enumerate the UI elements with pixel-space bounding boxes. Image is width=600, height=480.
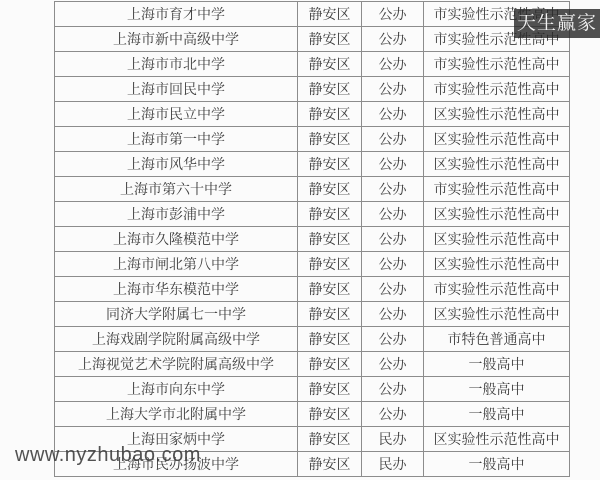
table-cell-school_name: 上海戏剧学院附属高级中学 [55, 327, 298, 352]
table-cell-school_name: 上海市新中高级中学 [55, 27, 298, 52]
page: 上海市育才中学静安区公办市实验性示范性高中上海市新中高级中学静安区公办市实验性示… [0, 0, 600, 480]
table-cell-district: 静安区 [298, 327, 362, 352]
table-cell-school_name: 上海市回民中学 [55, 77, 298, 102]
table-cell-district: 静安区 [298, 152, 362, 177]
table-cell-category: 区实验性示范性高中 [424, 227, 570, 252]
table-row: 同济大学附属七一中学静安区公办区实验性示范性高中 [55, 302, 570, 327]
school-table-body: 上海市育才中学静安区公办市实验性示范性高中上海市新中高级中学静安区公办市实验性示… [55, 2, 570, 477]
table-row: 上海市市北中学静安区公办市实验性示范性高中 [55, 52, 570, 77]
table-cell-school_name: 上海市华东模范中学 [55, 277, 298, 302]
table-cell-ownership: 公办 [362, 227, 424, 252]
table-cell-district: 静安区 [298, 102, 362, 127]
table-row: 上海市闸北第八中学静安区公办区实验性示范性高中 [55, 252, 570, 277]
table-cell-ownership: 公办 [362, 202, 424, 227]
table-cell-category: 市实验性示范性高中 [424, 52, 570, 77]
table-cell-district: 静安区 [298, 52, 362, 77]
table-cell-category: 区实验性示范性高中 [424, 102, 570, 127]
table-cell-ownership: 公办 [362, 102, 424, 127]
table-row: 上海市育才中学静安区公办市实验性示范性高中 [55, 2, 570, 27]
table-cell-category: 区实验性示范性高中 [424, 252, 570, 277]
table-cell-ownership: 公办 [362, 277, 424, 302]
table-cell-category: 市实验性示范性高中 [424, 277, 570, 302]
table-cell-district: 静安区 [298, 352, 362, 377]
table-cell-ownership: 民办 [362, 427, 424, 452]
table-cell-school_name: 上海市风华中学 [55, 152, 298, 177]
table-cell-ownership: 公办 [362, 52, 424, 77]
table-row: 上海戏剧学院附属高级中学静安区公办市特色普通高中 [55, 327, 570, 352]
table-cell-district: 静安区 [298, 2, 362, 27]
table-cell-category: 区实验性示范性高中 [424, 127, 570, 152]
table-row: 上海市第六十中学静安区公办市实验性示范性高中 [55, 177, 570, 202]
table-cell-district: 静安区 [298, 127, 362, 152]
table-cell-district: 静安区 [298, 277, 362, 302]
table-row: 上海市久隆模范中学静安区公办区实验性示范性高中 [55, 227, 570, 252]
table-cell-school_name: 上海市第六十中学 [55, 177, 298, 202]
table-cell-category: 一般高中 [424, 377, 570, 402]
table-row: 上海市华东模范中学静安区公办市实验性示范性高中 [55, 277, 570, 302]
table-row: 上海市向东中学静安区公办一般高中 [55, 377, 570, 402]
table-cell-district: 静安区 [298, 452, 362, 477]
table-cell-district: 静安区 [298, 427, 362, 452]
table-cell-school_name: 上海市闸北第八中学 [55, 252, 298, 277]
table-cell-district: 静安区 [298, 252, 362, 277]
table-cell-school_name: 上海市久隆模范中学 [55, 227, 298, 252]
table-cell-district: 静安区 [298, 27, 362, 52]
table-cell-ownership: 公办 [362, 2, 424, 27]
table-cell-ownership: 民办 [362, 452, 424, 477]
table-cell-school_name: 上海市市北中学 [55, 52, 298, 77]
school-list-table: 上海市育才中学静安区公办市实验性示范性高中上海市新中高级中学静安区公办市实验性示… [54, 1, 570, 477]
table-row: 上海市第一中学静安区公办区实验性示范性高中 [55, 127, 570, 152]
table-row: 上海市新中高级中学静安区公办市实验性示范性高中 [55, 27, 570, 52]
table-cell-category: 区实验性示范性高中 [424, 302, 570, 327]
table-cell-category: 一般高中 [424, 352, 570, 377]
table-cell-category: 区实验性示范性高中 [424, 202, 570, 227]
table-cell-ownership: 公办 [362, 77, 424, 102]
watermark-bottom-left: www.nyzhubao.com [15, 444, 201, 467]
table-cell-category: 市实验性示范性高中 [424, 77, 570, 102]
table-cell-district: 静安区 [298, 302, 362, 327]
table-cell-ownership: 公办 [362, 302, 424, 327]
table-row: 上海市彭浦中学静安区公办区实验性示范性高中 [55, 202, 570, 227]
table-cell-school_name: 同济大学附属七一中学 [55, 302, 298, 327]
table-cell-school_name: 上海市向东中学 [55, 377, 298, 402]
table-cell-district: 静安区 [298, 227, 362, 252]
table-cell-school_name: 上海大学市北附属中学 [55, 402, 298, 427]
table-row: 上海市风华中学静安区公办区实验性示范性高中 [55, 152, 570, 177]
table-cell-school_name: 上海市育才中学 [55, 2, 298, 27]
table-cell-ownership: 公办 [362, 402, 424, 427]
table-cell-district: 静安区 [298, 77, 362, 102]
table-cell-ownership: 公办 [362, 252, 424, 277]
table-cell-category: 市特色普通高中 [424, 327, 570, 352]
table-cell-ownership: 公办 [362, 352, 424, 377]
table-cell-district: 静安区 [298, 202, 362, 227]
watermark-top-right: 天生赢家 [514, 9, 600, 38]
table-cell-category: 市实验性示范性高中 [424, 177, 570, 202]
table-cell-category: 区实验性示范性高中 [424, 152, 570, 177]
table-row: 上海大学市北附属中学静安区公办一般高中 [55, 402, 570, 427]
table-row: 上海市民立中学静安区公办区实验性示范性高中 [55, 102, 570, 127]
table-cell-category: 区实验性示范性高中 [424, 427, 570, 452]
table-cell-school_name: 上海市第一中学 [55, 127, 298, 152]
table-cell-ownership: 公办 [362, 377, 424, 402]
table-cell-district: 静安区 [298, 177, 362, 202]
table-cell-district: 静安区 [298, 402, 362, 427]
table-cell-ownership: 公办 [362, 152, 424, 177]
table-cell-school_name: 上海市彭浦中学 [55, 202, 298, 227]
table-cell-category: 一般高中 [424, 452, 570, 477]
table-cell-ownership: 公办 [362, 327, 424, 352]
table-row: 上海市回民中学静安区公办市实验性示范性高中 [55, 77, 570, 102]
table-cell-ownership: 公办 [362, 177, 424, 202]
table-cell-ownership: 公办 [362, 27, 424, 52]
table-cell-school_name: 上海市民立中学 [55, 102, 298, 127]
table-cell-ownership: 公办 [362, 127, 424, 152]
table-row: 上海视觉艺术学院附属高级中学静安区公办一般高中 [55, 352, 570, 377]
table-cell-school_name: 上海视觉艺术学院附属高级中学 [55, 352, 298, 377]
table-cell-category: 一般高中 [424, 402, 570, 427]
table-cell-district: 静安区 [298, 377, 362, 402]
